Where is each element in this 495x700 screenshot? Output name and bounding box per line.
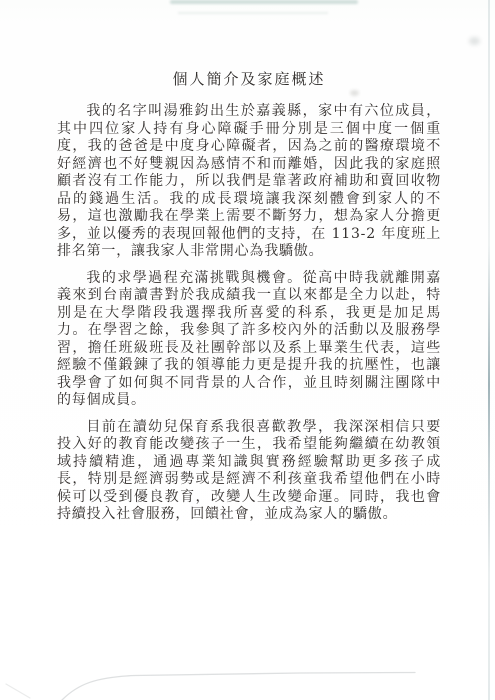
paragraph-education-journey: 我的求學過程充滿挑戰與機會。從高中時我就離開嘉義來到台南讀書對於我成績我一直以來… — [57, 270, 441, 410]
scan-artifact-right-line — [488, 0, 490, 700]
page-title: 個人簡介及家庭概述 — [57, 68, 441, 89]
scan-artifact-top-streak — [170, 0, 358, 4]
document-body: 個人簡介及家庭概述 我的名字叫湯雅鈞出生於嘉義縣，家中有六位成員，其中四位家人持… — [57, 68, 441, 533]
scanned-document-page: 個人簡介及家庭概述 我的名字叫湯雅鈞出生於嘉義縣，家中有六位成員，其中四位家人持… — [0, 0, 495, 700]
scan-artifact-right-smudge — [469, 37, 480, 45]
paragraph-family-overview: 我的名字叫湯雅鈞出生於嘉義縣，家中有六位成員，其中四位家人持有身心障礙手冊分別是… — [57, 103, 441, 261]
scan-artifact-top-streak-echo — [178, 12, 328, 14]
paragraph-future-goals: 目前在讀幼兒保育系我很喜歡教學，我深深相信只要投入好的教育能改變孩子一生，我希望… — [57, 419, 441, 524]
scan-artifact-bottom-curve — [0, 660, 495, 700]
